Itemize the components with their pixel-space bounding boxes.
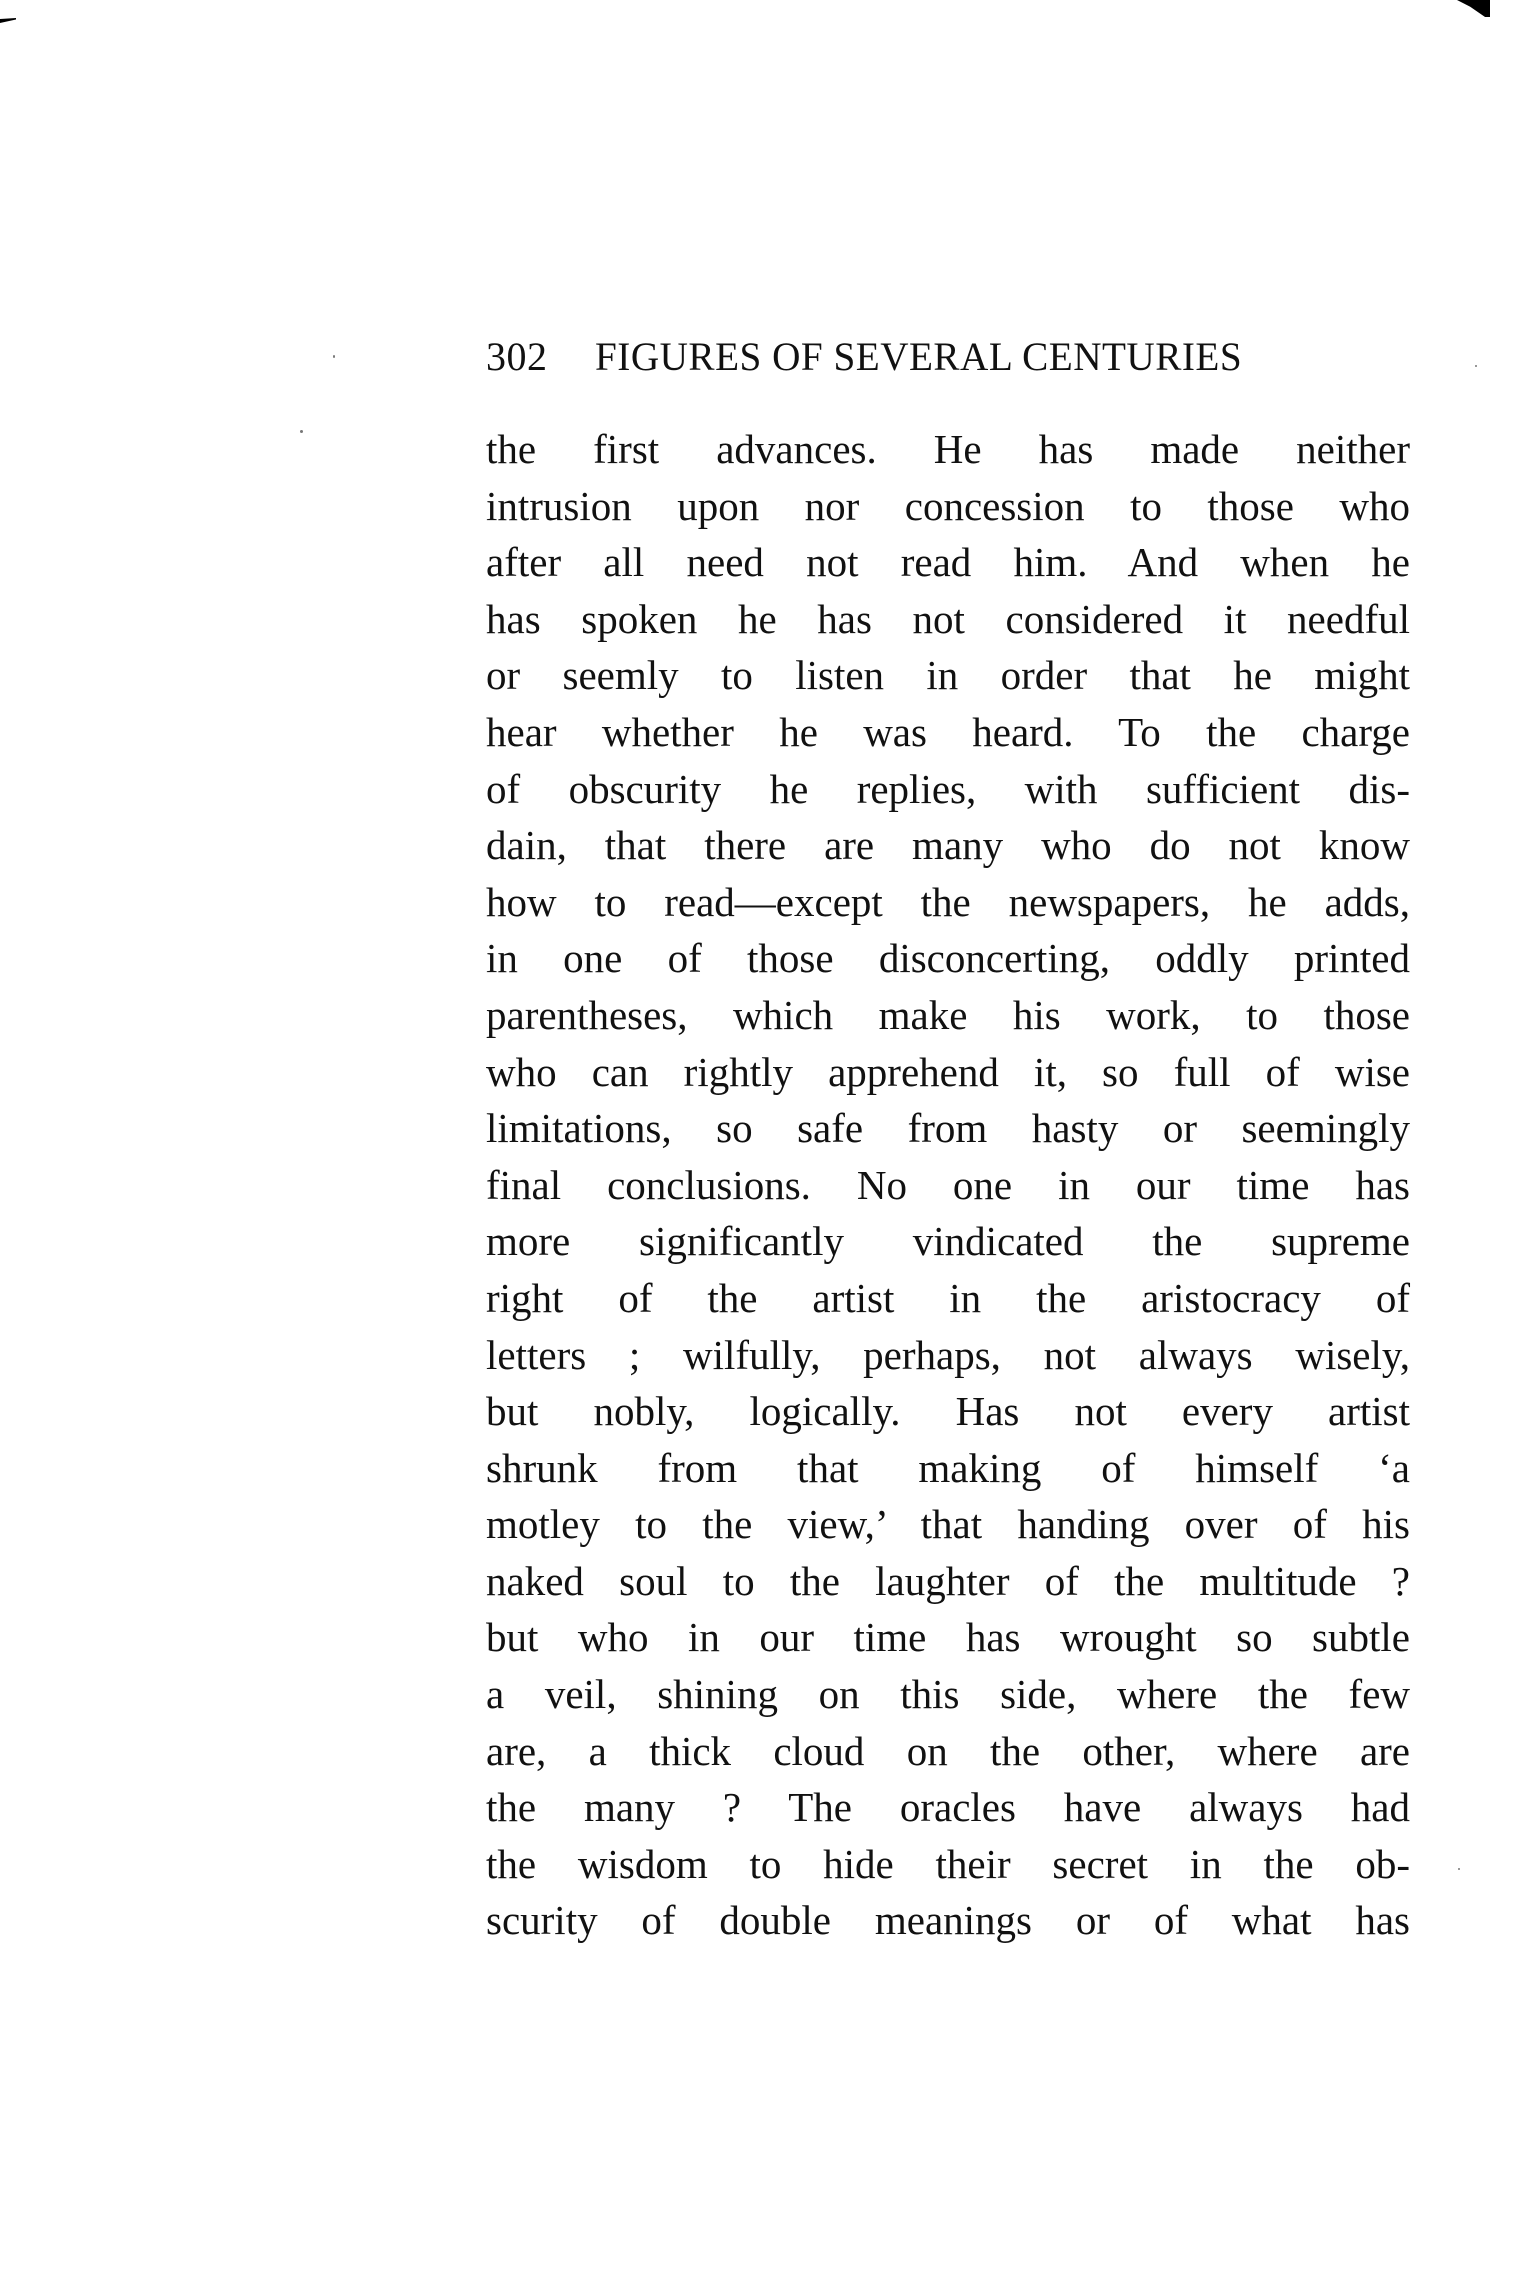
page-number: 302 bbox=[486, 334, 595, 380]
text-line: but nobly, logically. Has not every arti… bbox=[486, 1383, 1410, 1440]
text-line: in one of those disconcerting, oddly pri… bbox=[486, 930, 1410, 987]
running-head: 302FIGURES OF SEVERAL CENTURIES bbox=[486, 334, 1386, 380]
text-line: dain, that there are many who do not kno… bbox=[486, 817, 1410, 874]
text-line: has spoken he has not considered it need… bbox=[486, 591, 1410, 648]
text-line: shrunk from that making of himself ‘a bbox=[486, 1440, 1410, 1497]
text-line: of obscurity he replies, with sufficient… bbox=[486, 761, 1410, 818]
text-line: letters ; wilfully, perhaps, not always … bbox=[486, 1327, 1410, 1384]
scan-speck bbox=[300, 430, 303, 433]
scan-speck bbox=[333, 355, 335, 358]
text-line: scurity of double meanings or of what ha… bbox=[486, 1892, 1410, 1949]
text-line: who can rightly apprehend it, so full of… bbox=[486, 1044, 1410, 1101]
text-line: naked soul to the laughter of the multit… bbox=[486, 1553, 1410, 1610]
text-line: or seemly to listen in order that he mig… bbox=[486, 647, 1410, 704]
text-line: are, a thick cloud on the other, where a… bbox=[486, 1723, 1410, 1780]
text-line: the wisdom to hide their secret in the o… bbox=[486, 1836, 1410, 1893]
scan-corner-mark-right bbox=[1457, 0, 1490, 17]
text-line: more significantly vindicated the suprem… bbox=[486, 1213, 1410, 1270]
text-line: but who in our time has wrought so subtl… bbox=[486, 1609, 1410, 1666]
text-line: limitations, so safe from hasty or seemi… bbox=[486, 1100, 1410, 1157]
text-line: how to read—except the newspapers, he ad… bbox=[486, 874, 1410, 931]
text-line: right of the artist in the aristocracy o… bbox=[486, 1270, 1410, 1327]
text-line: motley to the view,’ that handing over o… bbox=[486, 1496, 1410, 1553]
text-line: hear whether he was heard. To the charge bbox=[486, 704, 1410, 761]
text-line: final conclusions. No one in our time ha… bbox=[486, 1157, 1410, 1214]
text-line: parentheses, which make his work, to tho… bbox=[486, 987, 1410, 1044]
body-text: the first advances. He has made neither … bbox=[486, 421, 1410, 1949]
text-line: the many ? The oracles have always had bbox=[486, 1779, 1410, 1836]
text-line: intrusion upon nor concession to those w… bbox=[486, 478, 1410, 535]
text-line: the first advances. He has made neither bbox=[486, 421, 1410, 478]
scan-corner-mark-left bbox=[0, 18, 16, 23]
text-line: after all need not read him. And when he bbox=[486, 534, 1410, 591]
book-title: FIGURES OF SEVERAL CENTURIES bbox=[595, 334, 1242, 380]
scan-speck bbox=[1475, 365, 1477, 367]
scan-speck bbox=[1458, 1868, 1460, 1870]
text-line: a veil, shining on this side, where the … bbox=[486, 1666, 1410, 1723]
